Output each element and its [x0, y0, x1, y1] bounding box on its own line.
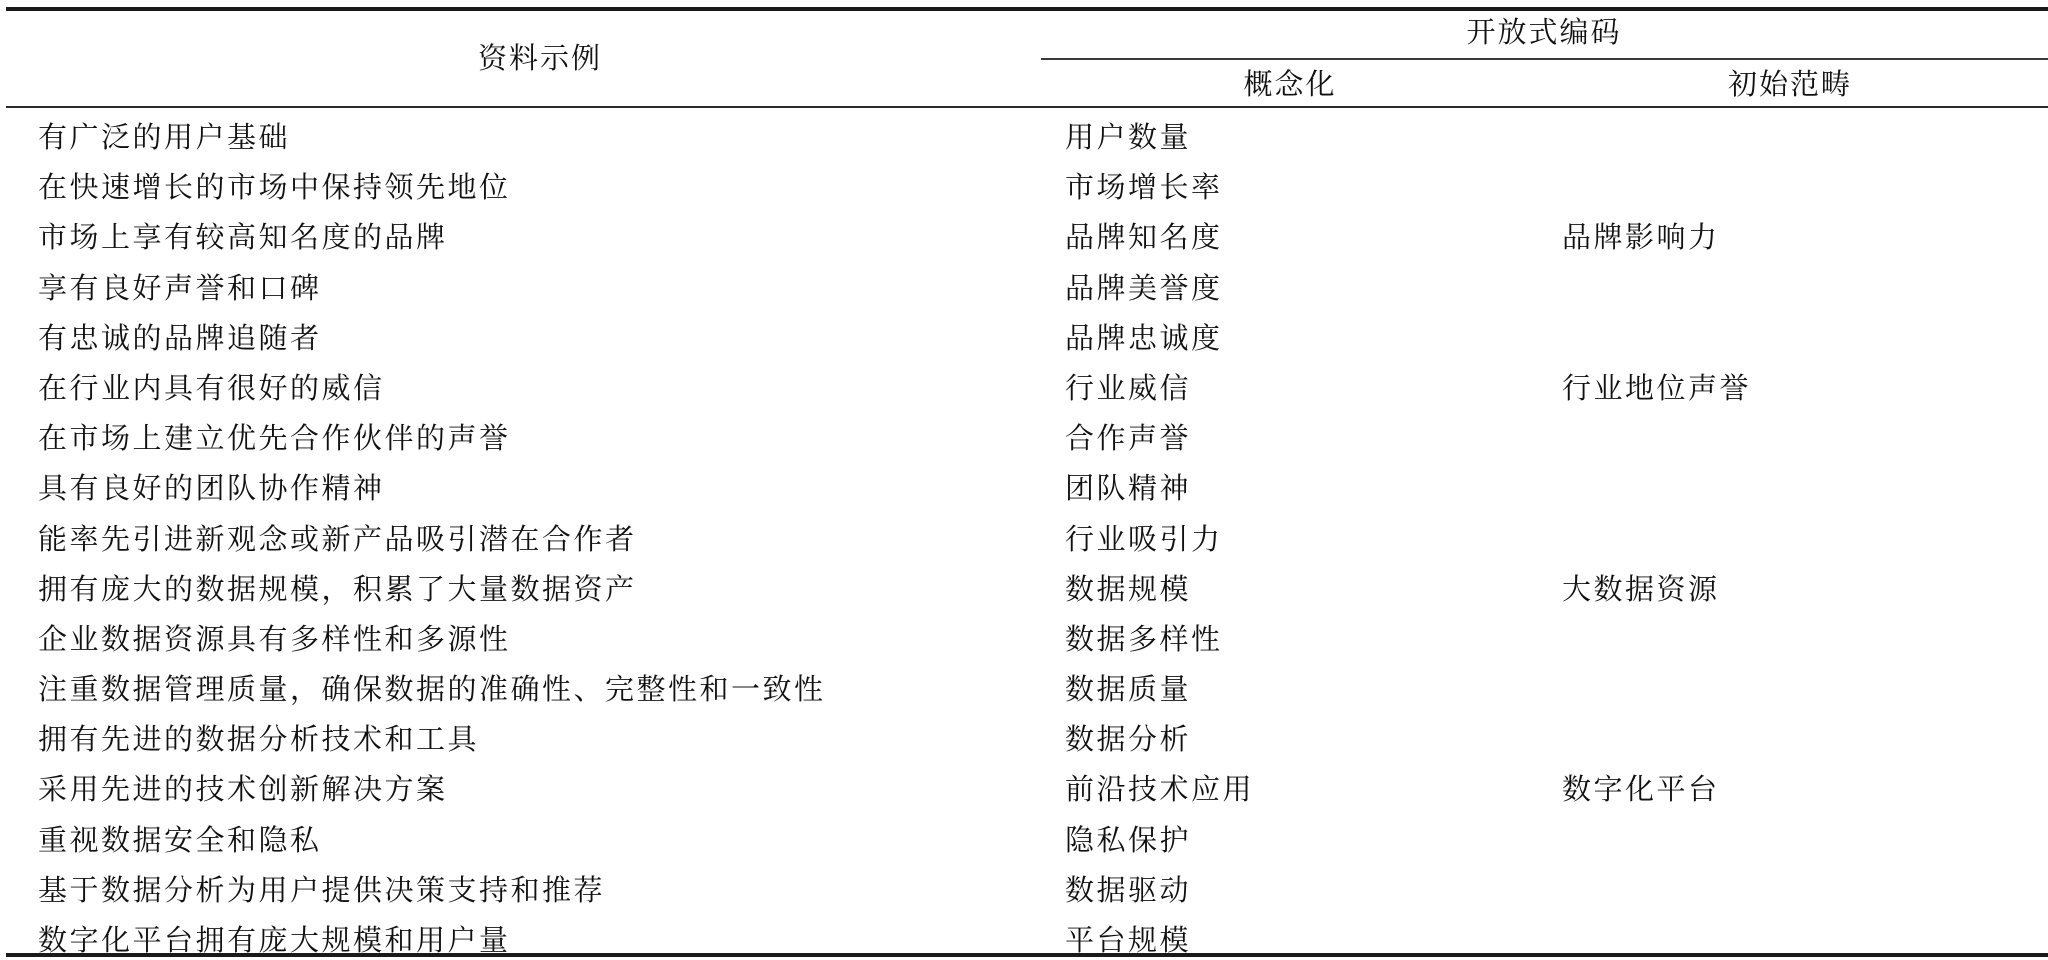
cell-source: 拥有先进的数据分析技术和工具 — [38, 714, 479, 764]
cell-source: 具有良好的团队协作精神 — [38, 463, 385, 513]
cell-concept: 数据质量 — [1065, 664, 1191, 714]
cell-source: 享有良好声誉和口碑 — [38, 263, 322, 313]
table-row: 享有良好声誉和口碑 品牌美誉度 — [0, 263, 2048, 313]
table-row: 市场上享有较高知名度的品牌 品牌知名度 品牌影响力 — [0, 212, 2048, 262]
cell-concept: 数据驱动 — [1065, 865, 1191, 915]
cell-source: 在快速增长的市场中保持领先地位 — [38, 162, 511, 212]
cell-concept: 前沿技术应用 — [1065, 764, 1254, 814]
header-bottom-rule — [6, 106, 2048, 108]
table-row: 在快速增长的市场中保持领先地位 市场增长率 — [0, 162, 2048, 212]
cell-concept: 品牌知名度 — [1065, 212, 1223, 262]
cell-concept: 行业吸引力 — [1065, 514, 1223, 564]
cell-concept: 用户数量 — [1065, 112, 1191, 162]
cell-source: 注重数据管理质量，确保数据的准确性、完整性和一致性 — [38, 664, 826, 714]
cell-source: 在市场上建立优先合作伙伴的声誉 — [38, 413, 511, 463]
cell-source: 在行业内具有很好的威信 — [38, 363, 385, 413]
cell-source: 基于数据分析为用户提供决策支持和推荐 — [38, 865, 605, 915]
table-row: 在市场上建立优先合作伙伴的声誉 合作声誉 — [0, 413, 2048, 463]
table-row: 注重数据管理质量，确保数据的准确性、完整性和一致性 数据质量 — [0, 664, 2048, 714]
cell-concept: 品牌忠诚度 — [1065, 313, 1223, 363]
cell-source: 拥有庞大的数据规模，积累了大量数据资产 — [38, 564, 637, 614]
table-row: 具有良好的团队协作精神 团队精神 — [0, 463, 2048, 513]
cell-source: 企业数据资源具有多样性和多源性 — [38, 614, 511, 664]
table-bottom-rule — [6, 953, 2048, 957]
table-row: 企业数据资源具有多样性和多源性 数据多样性 — [0, 614, 2048, 664]
cell-concept: 数据分析 — [1065, 714, 1191, 764]
table-row: 重视数据安全和隐私 隐私保护 — [0, 815, 2048, 865]
table-row: 有忠诚的品牌追随者 品牌忠诚度 — [0, 313, 2048, 363]
table-body: 有广泛的用户基础 用户数量 在快速增长的市场中保持领先地位 市场增长率 市场上享… — [0, 112, 2048, 960]
header-sub-rule — [1041, 58, 2048, 60]
header-open-coding: 开放式编码 — [1040, 14, 2048, 50]
table-row: 拥有先进的数据分析技术和工具 数据分析 — [0, 714, 2048, 764]
cell-category: 行业地位声誉 — [1562, 363, 1751, 413]
table-row: 能率先引进新观念或新产品吸引潜在合作者 行业吸引力 — [0, 514, 2048, 564]
header-initial-category: 初始范畴 — [1540, 66, 2040, 102]
cell-concept: 隐私保护 — [1065, 815, 1191, 865]
table-row: 在行业内具有很好的威信 行业威信 行业地位声誉 — [0, 363, 2048, 413]
cell-source: 有忠诚的品牌追随者 — [38, 313, 322, 363]
table-row: 有广泛的用户基础 用户数量 — [0, 112, 2048, 162]
header-source-examples: 资料示例 — [0, 40, 1080, 76]
cell-category: 品牌影响力 — [1562, 212, 1720, 262]
cell-source: 有广泛的用户基础 — [38, 112, 290, 162]
table-row: 拥有庞大的数据规模，积累了大量数据资产 数据规模 大数据资源 — [0, 564, 2048, 614]
cell-concept: 数据多样性 — [1065, 614, 1223, 664]
cell-source: 市场上享有较高知名度的品牌 — [38, 212, 448, 262]
cell-source: 重视数据安全和隐私 — [38, 815, 322, 865]
cell-concept: 团队精神 — [1065, 463, 1191, 513]
table-row: 采用先进的技术创新解决方案 前沿技术应用 数字化平台 — [0, 764, 2048, 814]
cell-concept: 市场增长率 — [1065, 162, 1223, 212]
cell-category: 大数据资源 — [1562, 564, 1720, 614]
cell-concept: 数据规模 — [1065, 564, 1191, 614]
cell-concept: 品牌美誉度 — [1065, 263, 1223, 313]
table-row: 基于数据分析为用户提供决策支持和推荐 数据驱动 — [0, 865, 2048, 915]
cell-concept: 行业威信 — [1065, 363, 1191, 413]
header-conceptualization: 概念化 — [1040, 66, 1540, 102]
cell-concept: 合作声誉 — [1065, 413, 1191, 463]
cell-category: 数字化平台 — [1562, 764, 1720, 814]
cell-source: 能率先引进新观念或新产品吸引潜在合作者 — [38, 514, 637, 564]
table-top-rule — [6, 7, 2048, 11]
cell-source: 采用先进的技术创新解决方案 — [38, 764, 448, 814]
